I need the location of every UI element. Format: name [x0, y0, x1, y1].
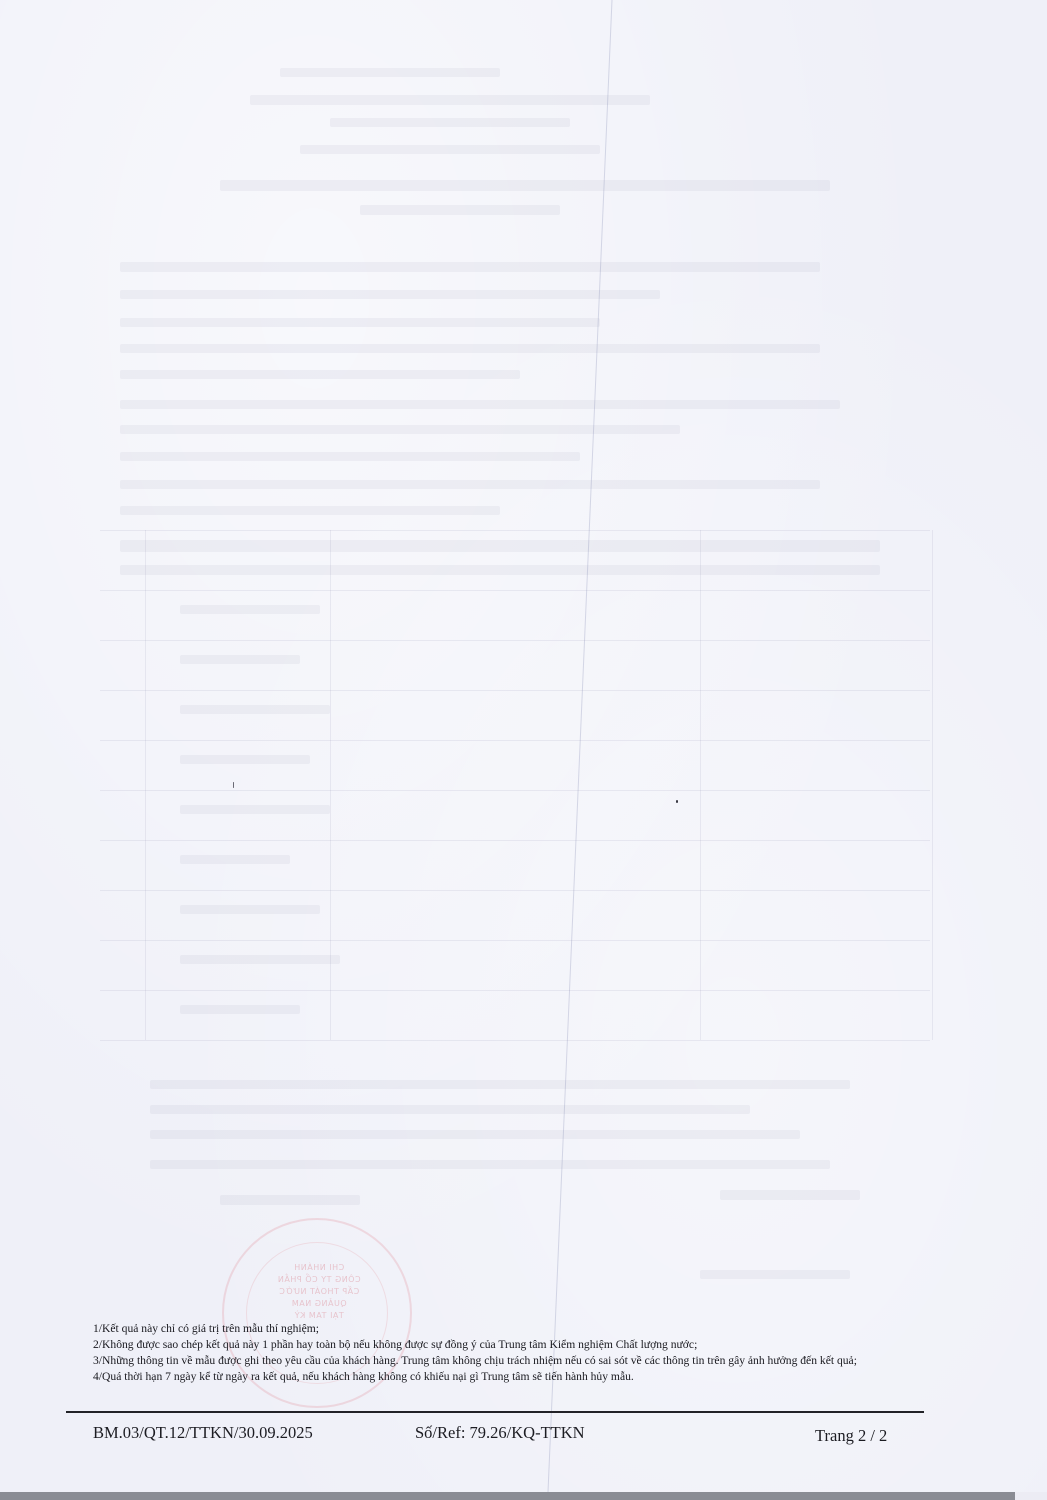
scanned-page: CHI NHÁNH CÔNG TY CỔ PHẦN CẤP THOÁT NƯỚC…	[0, 0, 1047, 1492]
reference-number: Số/Ref: 79.26/KQ-TTKN	[415, 1423, 585, 1443]
scan-bottom-edge-right	[1015, 1492, 1047, 1500]
stamp-text: CHI NHÁNH CÔNG TY CỔ PHẦN CẤP THOÁT NƯỚC…	[224, 1262, 414, 1322]
note-4: 4/Quá thời hạn 7 ngày kể từ ngày ra kết …	[93, 1369, 993, 1385]
footer-divider	[66, 1411, 924, 1413]
scanner-artifact-line	[0, 0, 1047, 1492]
note-2: 2/Không được sao chép kết quả này 1 phần…	[93, 1337, 993, 1353]
note-1: 1/Kết quả này chỉ có giá trị trên mẫu th…	[93, 1321, 993, 1337]
scan-bottom-edge	[0, 1492, 1015, 1500]
page-number: Trang 2 / 2	[815, 1426, 887, 1446]
form-code: BM.03/QT.12/TTKN/30.09.2025	[93, 1423, 313, 1443]
note-3: 3/Những thông tin về mẫu được ghi theo y…	[93, 1353, 993, 1369]
scan-speck	[233, 782, 234, 788]
notes-section: 1/Kết quả này chỉ có giá trị trên mẫu th…	[93, 1321, 993, 1385]
scan-speck	[676, 800, 678, 803]
